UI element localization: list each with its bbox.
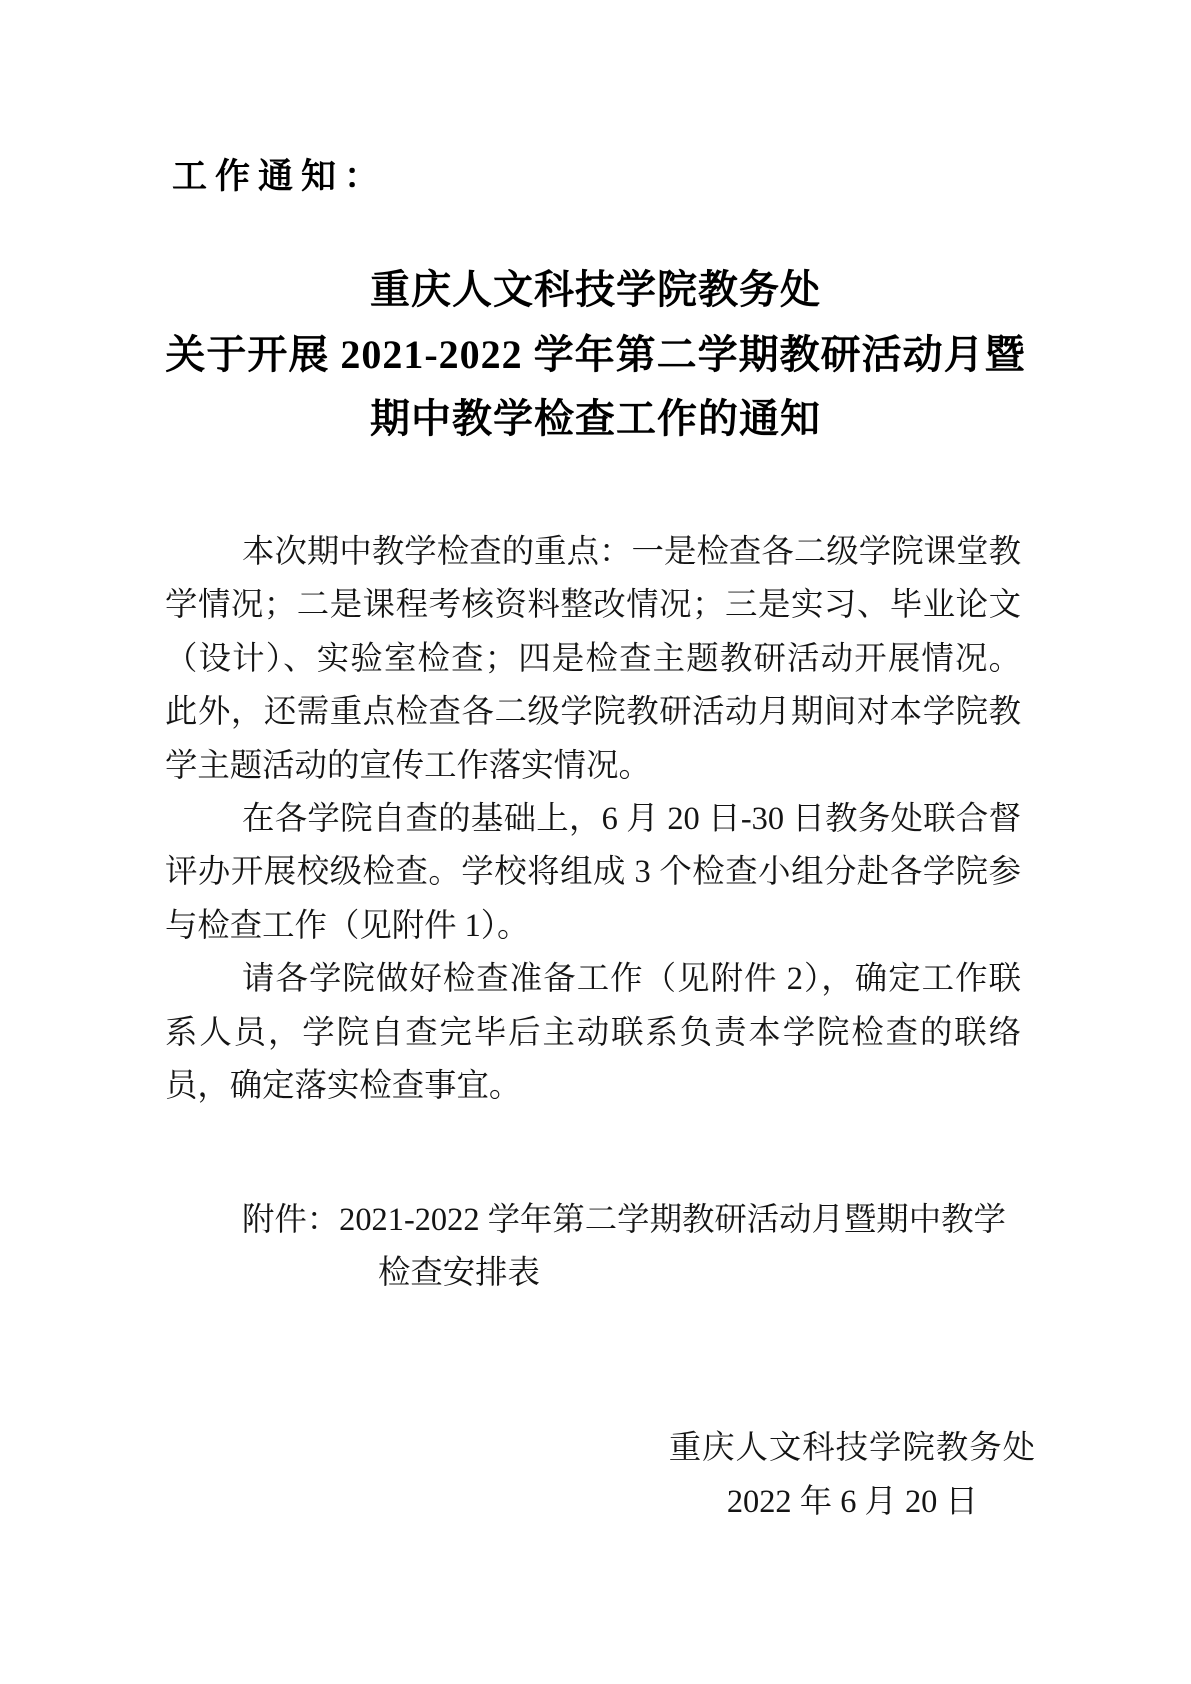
signature-issuer: 重庆人文科技学院教务处 <box>669 1421 1036 1475</box>
attachment-line-2: 检查安排表 <box>378 1247 1065 1300</box>
body-paragraph-inspection-focus: 本次期中教学检查的重点：一是检查各二级学院课堂教学情况；二是课程考核资料整改情况… <box>165 526 1021 793</box>
document-body: 本次期中教学检查的重点：一是检查各二级学院课堂教学情况；二是课程考核资料整改情况… <box>165 526 1021 1113</box>
title-line-subject-2: 期中教学检查工作的通知 <box>0 387 1191 452</box>
signature-date: 2022 年 6 月 20 日 <box>669 1475 1036 1529</box>
body-paragraph-school-level-check: 在各学院自查的基础上，6 月 20 日-30 日教务处联合督评办开展校级检查。学… <box>165 793 1021 953</box>
title-line-issuer: 重庆人文科技学院教务处 <box>0 258 1191 323</box>
signature-block: 重庆人文科技学院教务处 2022 年 6 月 20 日 <box>669 1421 1036 1529</box>
document-page: 工作通知： 重庆人文科技学院教务处 关于开展 2021-2022 学年第二学期教… <box>0 0 1191 1684</box>
notice-type-label: 工作通知： <box>172 155 387 199</box>
document-title: 重庆人文科技学院教务处 关于开展 2021-2022 学年第二学期教研活动月暨 … <box>0 258 1191 452</box>
title-line-subject-1: 关于开展 2021-2022 学年第二学期教研活动月暨 <box>0 323 1191 388</box>
attachment-line-1: 附件：2021-2022 学年第二学期教研活动月暨期中教学 <box>165 1194 1065 1247</box>
attachment-reference: 附件：2021-2022 学年第二学期教研活动月暨期中教学 检查安排表 <box>165 1194 1065 1300</box>
body-paragraph-preparation-request: 请各学院做好检查准备工作（见附件 2），确定工作联系人员，学院自查完毕后主动联系… <box>165 953 1021 1113</box>
